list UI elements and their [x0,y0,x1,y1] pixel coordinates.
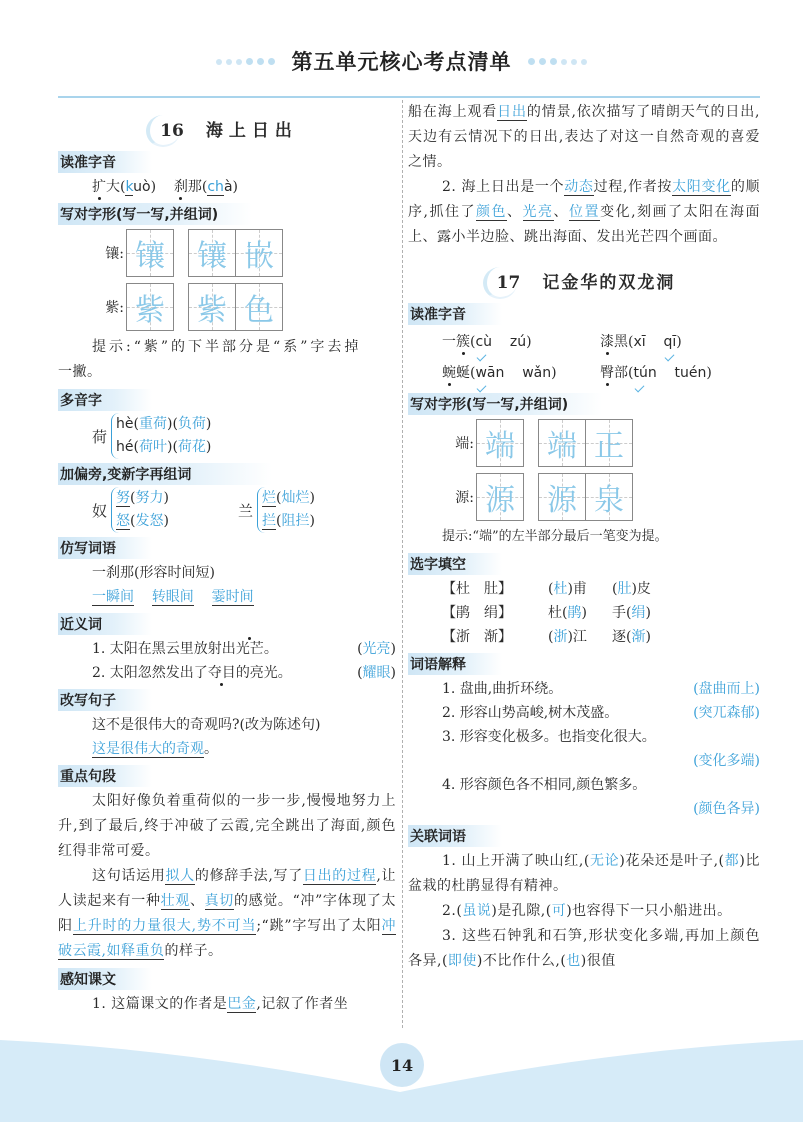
answer-word: 光亮 [363,641,391,657]
blank: (浙)江 [548,625,612,649]
box-char: 端 [485,421,515,465]
writing-grid-row: 镶: 镶 镶嵌 [58,227,396,279]
answer-word: 重荷 [139,416,167,432]
reading-row: hè(重荷)(负荷) [116,413,211,436]
rewrite-answer: 这是很伟大的奇观。 [58,737,396,761]
text: 1. 山上开满了映山红,( [442,853,590,869]
text: 、 [190,893,205,909]
answer-word: (变化多端) [408,749,760,773]
box-char: 紫 [197,285,227,329]
section-heading: 仿写词语 [58,537,152,559]
text: 这句话运用 [92,868,165,884]
pronunciation-line: 扩大(kuò) 刹那(chà) [58,175,396,199]
explain-item: 4. 形容颜色各不相同,颜色繁多。 [408,773,760,797]
understanding-p1: 1. 这篇课文的作者是巴金,记叙了作者坐 [58,992,396,1017]
answer-word: 阻拦 [281,513,309,529]
writing-box: 镶 [126,229,174,277]
box-char: 端 [547,421,577,465]
answer-char: 鹃 [567,605,581,621]
writing-box: 紫 [126,283,174,331]
answer-word: 都 [725,853,740,869]
answer-word: (盘曲而上) [693,677,760,701]
punct: 。 [204,741,218,757]
sentence: 的亮光。 [236,665,292,681]
answer-char: 浙 [553,629,567,645]
answer-char: 绢 [631,605,645,621]
blank: 手(绢) [612,605,651,621]
options: 【浙 渐】 [442,625,548,649]
text: ;“跳”字写出了太阳 [256,918,381,934]
writing-box: 色 [236,283,283,331]
lesson-name: 海上日出 [206,121,298,141]
pronunciation-item: 一簇(cù zú) [442,327,600,358]
writing-grid-row: 紫: 紫 紫色 [58,281,396,333]
answer-word: 壮观 [161,893,190,910]
understanding-p2: 2. 海上日出是一个动态过程,作者按太阳变化的顺序,抓住了颜色、光亮、位置变化,… [408,175,760,250]
pinyin-option: xī [633,334,645,350]
writing-box: 源 [538,473,586,521]
pinyin: uò [133,179,150,195]
answer-word: 一瞬间 [92,589,134,606]
pinyin: hé [116,439,134,455]
text: 的修辞手法,写了 [195,868,303,884]
column-divider [402,100,403,1028]
conjunction-item: 2.(虽说)是孔隙,(可)也容得下一只小船进出。 [408,899,760,924]
pinyin-option: tuén [675,365,707,381]
answer-word: 上升时的力量很大,势不可当 [73,918,256,935]
section-heading: 改写句子 [58,689,152,711]
pinyin-option: cù [475,334,492,350]
section-heading: 读准字音 [58,151,152,173]
pinyin-option: tún [633,365,656,381]
text: ,记叙了作者坐 [256,996,348,1012]
choose-row: 【浙 渐】(浙)江逐(渐) [408,625,760,649]
text: )是孔隙,( [491,903,551,919]
brace: 努(努力) 怒(发怒) [111,487,169,533]
new-char: 拦 [262,513,276,530]
answer-word: 即使 [448,953,477,969]
text: 2.( [442,903,462,919]
pinyin-option: qī [663,334,676,350]
pronunciation-item: 臀部(tún tuén) [600,358,758,389]
decorative-dots-right [526,53,589,69]
pronunciation-line: 一簇(cù zú)漆黑(xī qī) [408,327,760,358]
box-char: 泉 [594,475,624,519]
writing-box: 紫 [188,283,236,331]
char: 黑 [614,334,628,350]
blank: 逐(渐) [612,629,651,645]
box-char: 色 [244,285,274,329]
answer-word: 巴金 [227,996,256,1013]
grid-label: 紫: [58,297,126,317]
box-char: 紫 [135,285,165,329]
char: 部 [614,365,628,381]
choose-row: 【鹃 绢】杜(鹃)手(绢) [408,601,760,625]
dotted-char: 扩 [92,179,106,195]
options: 【鹃 绢】 [442,601,548,625]
imitate-example: 一刹那(形容时间短) [58,561,396,585]
answer-word: 动态 [564,179,593,196]
dotted-char: 蜿 [442,365,456,381]
conjunction-block: 1. 山上开满了映山红,(无论)花朵还是叶子,(都)比盆栽的杜鹃显得有精神。2.… [408,849,760,974]
box-char: 镶 [135,231,165,275]
section-heading: 多音字 [58,389,152,411]
text: )很值 [581,953,616,969]
lesson-number: 16 [156,121,188,141]
marked-word: 光芒 [236,641,264,657]
definition: 3. 形容变化极多。也指变化很大。 [442,729,656,745]
grid-label: 源: [408,487,476,507]
paren: ) [233,179,238,195]
section-heading: 写对字形(写一写,并组词) [58,203,252,225]
section-heading: 写对字形(写一写,并组词) [408,393,602,415]
char: 大 [106,179,120,195]
reading-row: hé(荷叶)(荷花) [116,436,211,459]
answer-word: 荷花 [178,439,206,455]
conjunction-item: 3. 这些石钟乳和石笋,形状变化多端,再加上颜色各异,(即使)不比作什么,(也)… [408,924,760,974]
section-heading: 关联词语 [408,825,502,847]
pinyin-answer: k [125,179,133,196]
answer-char: 肚 [617,581,631,597]
imitate-answers: 一瞬间 转眼间 霎时间 [58,585,396,609]
polyphone-group: 荷 hè(重荷)(负荷) hé(荷叶)(荷花) [58,413,396,459]
tip-text-cont: 一撇。 [58,360,396,385]
marked-word: 夺目 [208,665,236,681]
answer-word: 霎时间 [212,589,254,606]
pronunciation-item: 蜿蜒(wān wǎn) [442,358,600,389]
dotted-char: 漆 [600,334,614,350]
decorative-dots-left [214,53,277,69]
writing-box: 源 [476,473,524,521]
tip-text: 提示:“紫”的下半部分是“系”字去掉 [58,335,396,360]
writing-grid-row: 端: 端 端正 [408,417,760,469]
text: 过程,作者按 [594,179,673,195]
pronunciation-line: 蜿蜒(wān wǎn)臀部(tún tuén) [408,358,760,389]
synonym-item: 1. 太阳在黑云里放射出光芒。 (光亮) [58,637,396,661]
page-number: 14 [380,1043,424,1087]
section-heading: 选字填空 [408,553,502,575]
tip-line: 提示:“紫”的下半部分是“系”字去掉 [92,339,361,355]
lesson-16-title: 16海上日出 [58,116,396,141]
base-char: 奴 [92,500,107,521]
dotted-char: 臀 [600,365,614,381]
synonym-item: 2. 太阳忽然发出了夺目的亮光。 (耀眼) [58,661,396,685]
definition: 1. 盘曲,曲折环绕。 [442,681,562,697]
char: 蜒 [456,365,470,381]
lesson-17-title: 17记金华的双龙洞 [408,268,760,293]
writing-box: 泉 [586,473,633,521]
understanding-p1-cont: 船在海上观看日出的情景,依次描写了晴朗天气的日出,天边有云情况下的日出,表达了对… [408,100,760,175]
answer-word: 可 [552,903,567,919]
key-passage-analysis: 这句话运用拟人的修辞手法,写了日出的过程,让人读起来有一种壮观、真切的感觉。“冲… [58,864,396,964]
answer-word: (颜色各异) [408,797,760,821]
explain-block: 1. 盘曲,曲折环绕。(盘曲而上)2. 形容山势高峻,树木茂盛。(突兀森郁)3.… [408,677,760,821]
tip-text: 提示:“端”的左半部分最后一笔变为提。 [408,525,760,549]
radical-groups: 奴 努(努力) 怒(发怒) 兰 烂(灿烂) 拦(阻拦) [58,487,396,533]
answer-word: 也 [566,953,581,969]
grid-label: 端: [408,433,476,453]
section-heading: 感知课文 [58,968,152,990]
pinyin: à [224,179,233,195]
box-char: 源 [547,475,577,519]
text: )花朵还是叶子,( [619,853,724,869]
answer-char: 杜 [553,581,567,597]
new-char: 努 [116,490,130,507]
text: 、 [507,204,523,220]
dotted-char: 簇 [456,334,470,350]
sentence: 1. 太阳在黑云里放射出 [92,641,236,657]
rewrite-question: 这不是很伟大的奇观吗?(改为陈述句) [58,713,396,737]
pinyin-option: zú [510,334,526,350]
section-heading: 近义词 [58,613,152,635]
answer-word: 努力 [135,490,163,506]
box-char: 镶 [197,231,227,275]
key-passage-quote: 太阳好像负着重荷似的一步一步,慢慢地努力上升,到了最后,终于冲破了云霞,完全跳出… [58,789,396,864]
writing-box: 镶 [188,229,236,277]
answer-word: 日出的过程 [303,868,376,885]
text: 船在海上观看 [408,104,497,120]
writing-box: 正 [586,419,633,467]
lesson-number: 17 [493,273,525,293]
base-char: 兰 [238,500,253,521]
answer-word: 耀眼 [363,665,391,681]
sentence: 2. 太阳忽然发出了 [92,665,208,681]
answer-word: 太阳变化 [672,179,731,196]
answer-word: 颜色 [476,204,507,221]
answer-word: (突兀森郁) [693,701,760,725]
pinyin-answer: ch [207,179,224,196]
radical-group: 兰 烂(灿烂) 拦(阻拦) [238,487,315,533]
section-heading: 加偏旁,变新字再组词 [58,463,272,485]
radical-group: 奴 努(努力) 怒(发怒) [92,487,238,533]
box-char: 正 [594,421,624,465]
page-title: 第五单元核心考点清单 [292,46,512,76]
text: 2. 海上日出是一个 [442,179,564,195]
answer-word: 负荷 [178,416,206,432]
answer-word: 无论 [590,853,620,869]
section-heading: 重点句段 [58,765,152,787]
definition: 4. 形容颜色各不相同,颜色繁多。 [442,777,646,793]
text: 的样子。 [164,943,222,959]
answer-word: 光亮 [523,204,554,221]
answer-word: 发怒 [135,513,163,529]
box-char: 源 [485,475,515,519]
box-char: 嵌 [244,231,274,275]
choose-block: 【杜 肚】(杜)甫(肚)皮【鹃 绢】杜(鹃)手(绢)【浙 渐】(浙)江逐(渐) [408,577,760,649]
choose-row: 【杜 肚】(杜)甫(肚)皮 [408,577,760,601]
polyphone-char: 荷 [92,426,107,447]
text: )也容得下一只小船进出。 [566,903,731,919]
conjunction-item: 1. 山上开满了映山红,(无论)花朵还是叶子,(都)比盆栽的杜鹃显得有精神。 [408,849,760,899]
paren: ) [151,179,156,195]
blank: (杜)甫 [548,577,612,601]
answer-word: 真切 [205,893,234,910]
brace: hè(重荷)(负荷) hé(荷叶)(荷花) [111,413,211,459]
right-column: 船在海上观看日出的情景,依次描写了晴朗天气的日出,天边有云情况下的日出,表达了对… [408,100,760,974]
text: 1. 这篇课文的作者是 [92,996,227,1012]
pinyin-option: wān [475,365,504,381]
answer-word: 位置 [569,204,600,221]
answer-word: 日出 [497,104,527,121]
dotted-char: 刹 [174,179,188,195]
pinyin-option: wǎn [522,365,551,381]
options: 【杜 肚】 [442,577,548,601]
blank: 杜(鹃) [548,601,612,625]
pronunciation-block: 一簇(cù zú)漆黑(xī qī)蜿蜒(wān wǎn)臀部(tún tuén… [408,327,760,389]
answer-word: 拟人 [165,868,194,885]
char: 一 [442,334,456,350]
answer-word: 灿烂 [281,490,309,506]
explain-item: 3. 形容变化极多。也指变化很大。 [408,725,760,749]
section-heading: 词语解释 [408,653,502,675]
text: 、 [554,204,570,220]
new-char: 烂 [262,490,276,507]
answer-word: 荷叶 [139,439,167,455]
answer-word: 虽说 [462,903,491,919]
page-header: 第五单元核心考点清单 [0,46,803,86]
left-column: 16海上日出 读准字音 扩大(kuò) 刹那(chà) 写对字形(写一写,并组词… [58,100,396,1017]
sentence: 。 [264,641,278,657]
text: )不比作什么,( [477,953,566,969]
writing-box: 端 [538,419,586,467]
answer-word: 转眼间 [152,589,194,606]
explain-item: 1. 盘曲,曲折环绕。(盘曲而上) [408,677,760,701]
answer-char: 渐 [631,629,645,645]
writing-grid-row: 源: 源 源泉 [408,471,760,523]
writing-box: 端 [476,419,524,467]
grid-label: 镶: [58,243,126,263]
new-char: 怒 [116,513,130,530]
brace: 烂(灿烂) 拦(阻拦) [257,487,315,533]
answer-sentence: 这是很伟大的奇观 [92,741,204,758]
char: 那 [188,179,202,195]
header-rule [58,96,760,98]
pronunciation-item: 漆黑(xī qī) [600,327,758,358]
pinyin: hè [116,416,134,432]
lesson-name: 记金华的双龙洞 [542,273,675,293]
definition: 2. 形容山势高峻,树木茂盛。 [442,705,618,721]
writing-box: 嵌 [236,229,283,277]
explain-item: 2. 形容山势高峻,树木茂盛。(突兀森郁) [408,701,760,725]
blank: (肚)皮 [612,581,651,597]
section-heading: 读准字音 [408,303,502,325]
